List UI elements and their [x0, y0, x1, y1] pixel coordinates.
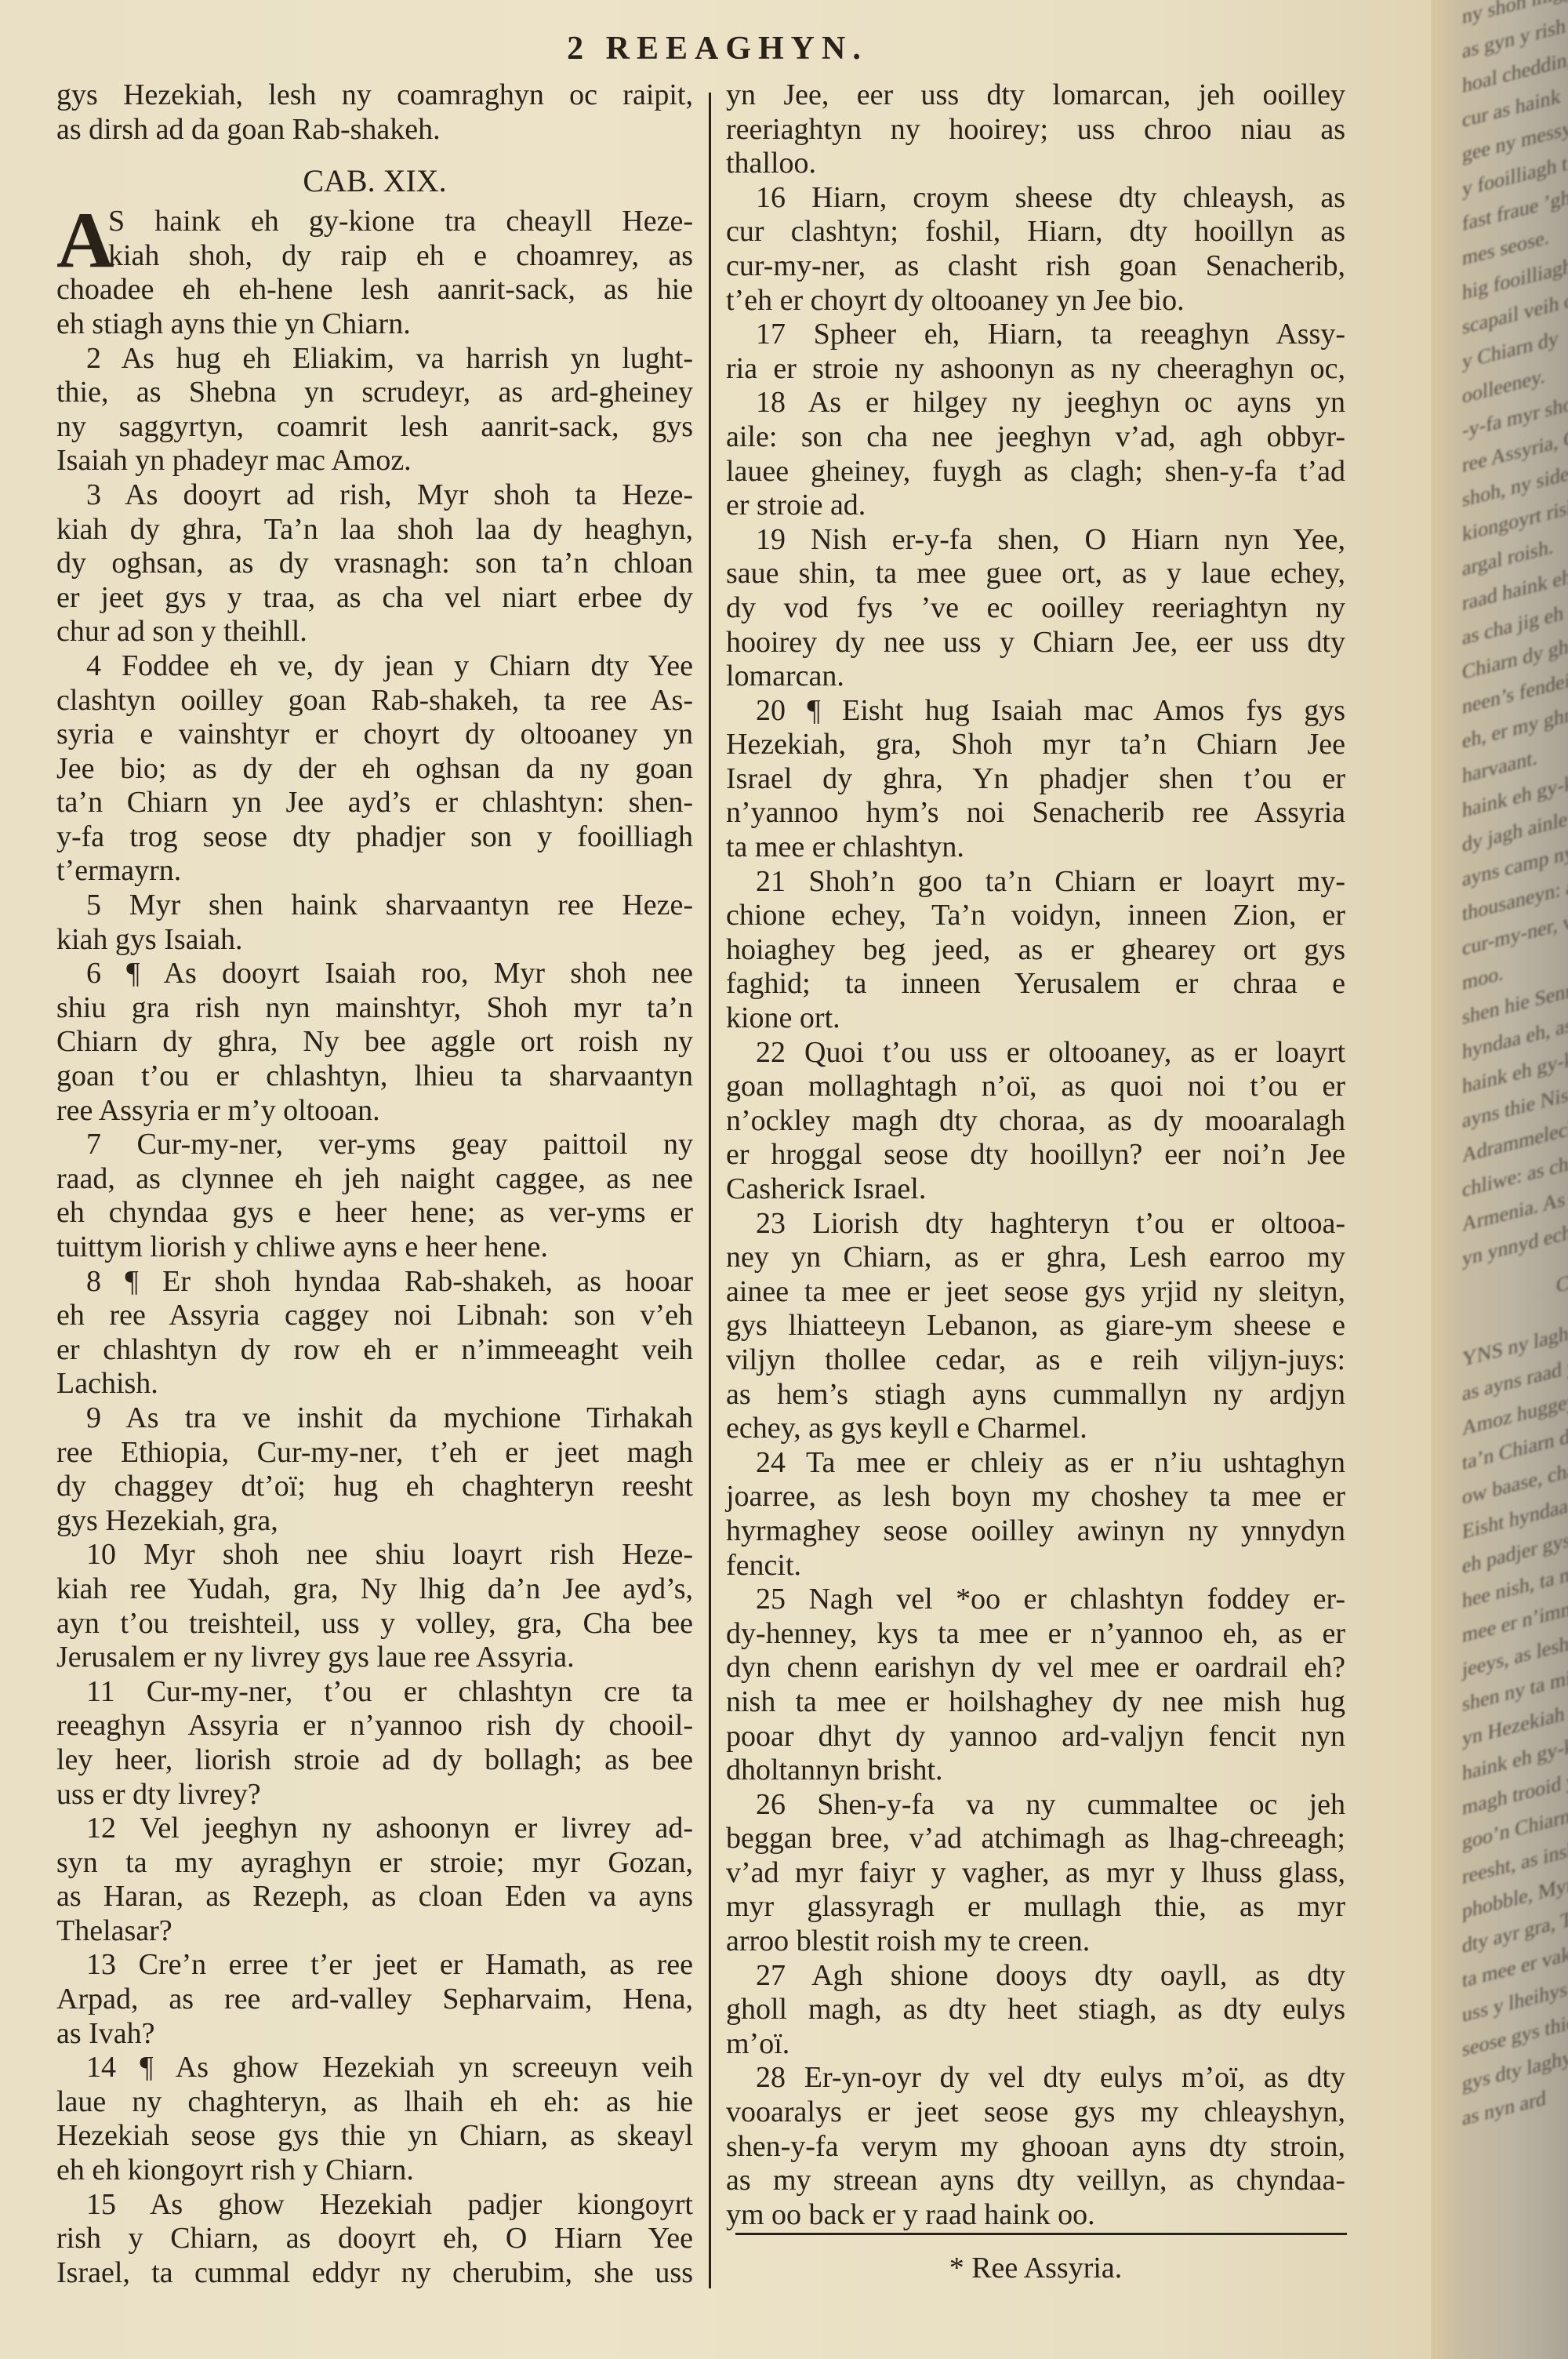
text-line: reeaghyn Assyria er n’yannoo rish dy cho… [56, 1709, 693, 1743]
text-line: 10 Myr shoh nee shiu loayrt rish Heze- [56, 1538, 693, 1572]
text-line: eh ree Assyria caggey noi Libnah: son v’… [56, 1299, 693, 1333]
text-line: dy vod fys ’ve ec ooilley reeriaghtyn ny [726, 591, 1345, 626]
drop-cap: A [56, 206, 114, 275]
text-line: cur-my-ner, as clasht rish goan Senacher… [726, 249, 1345, 284]
text-line: myr glassyragh er mullagh thie, as myr [726, 1890, 1345, 1925]
text-line: rish y Chiarn, as dooyrt eh, O Hiarn Yee [56, 2222, 693, 2256]
text-line: nish ta mee er hoilshaghey dy nee mish h… [726, 1685, 1345, 1720]
text-line: thalloo. [726, 147, 1345, 181]
text-line: S haink eh gy-kione tra cheayll Heze- [56, 205, 693, 239]
text-line: hyrmaghey seose ooilley awinyn ny ynnydy… [726, 1514, 1345, 1549]
text-line: n’ockley magh dty choraa, as dy mooarala… [726, 1104, 1345, 1139]
text-line: v’ad myr faiyr y vagher, as myr y lhuss … [726, 1856, 1345, 1891]
text-line: echey, as gys keyll e Charmel. [726, 1412, 1345, 1446]
text-line: shiu gra rish nyn mainshtyr, Shoh myr ta… [56, 991, 693, 1026]
running-head: 2 REEAGHYN. [0, 30, 1435, 67]
text-line: clashtyn ooilley goan Rab-shakeh, ta ree… [56, 684, 693, 718]
left-column: gys Hezekiah, lesh ny coamraghyn oc raip… [56, 78, 693, 2290]
text-line: dy chaggey dt’oï; hug eh chaghteryn rees… [56, 1470, 693, 1504]
facing-page-text: ny shoh lhiggal myas gyn y rishhoal ched… [1462, 0, 1568, 2136]
text-line: 15 As ghow Hezekiah padjer kiongoyrt [56, 2188, 693, 2223]
text-line: beggan bree, v’ad atchimagh as lhag-chre… [726, 1822, 1345, 1856]
text-line: 22 Quoi t’ou uss er oltooaney, as er loa… [726, 1036, 1345, 1070]
facing-page-edge: ny shoh lhiggal myas gyn y rishhoal ched… [1431, 0, 1568, 2359]
text-line: ree Assyria er m’y oltooan. [56, 1094, 693, 1129]
column-rule [709, 93, 711, 2288]
text-line: kiah ree Yudah, gra, Ny lhig da’n Jee ay… [56, 1572, 693, 1607]
text-line: Chiarn dy ghra, Ny bee aggle ort roish n… [56, 1025, 693, 1060]
text-line: Jerusalem er ny livrey gys laue ree Assy… [56, 1641, 693, 1675]
right-column: yn Jee, eer uss dty lomarcan, jeh ooille… [726, 78, 1345, 2232]
chapter-body: AS haink eh gy-kione tra cheayll Heze-ki… [56, 205, 693, 2290]
text-line: as hem’s stiagh ayns cummallyn ny ardjyn [726, 1378, 1345, 1412]
text-line: syn ta my ayraghyn er stroie; myr Gozan, [56, 1846, 693, 1881]
text-line: kiah gys Isaiah. [56, 923, 693, 958]
text-line: Isaiah yn phadeyr mac Amoz. [56, 444, 693, 478]
text-line: ainee ta mee er jeet seose gys yrjid ny … [726, 1275, 1345, 1310]
text-line: ym oo back er y raad haink oo. [726, 2198, 1345, 2233]
text-line: viljyn thollee cedar, as e reih viljyn-j… [726, 1343, 1345, 1378]
text-line: 19 Nish er-y-fa shen, O Hiarn nyn Yee, [726, 523, 1345, 558]
text-line: y-fa trog seose dty phadjer son y fooill… [56, 820, 693, 855]
text-line: 21 Shoh’n goo ta’n Chiarn er loayrt my- [726, 865, 1345, 900]
text-line: Thelasar? [56, 1914, 693, 1949]
text-line: eh chyndaa gys e heer hene; as ver-yms e… [56, 1196, 693, 1230]
text-line: 12 Vel jeeghyn ny ashoonyn er livrey ad- [56, 1812, 693, 1846]
text-line: Israel, ta cummal eddyr ny cherubim, she… [56, 2256, 693, 2291]
text-line: kione ort. [726, 1001, 1345, 1036]
text-line: goan t’ou er chlashtyn, lhieu ta sharvaa… [56, 1060, 693, 1094]
text-line: as my streean ayns dty veillyn, as chynd… [726, 2164, 1345, 2198]
text-line: ta’n Chiarn yn Jee ayd’s er chlashtyn: s… [56, 786, 693, 820]
text-line: reeriaghtyn ny hooirey; uss chroo niau a… [726, 113, 1345, 147]
text-line: hoiaghey beg jeed, as er ghearey ort gys [726, 933, 1345, 968]
text-line: 26 Shen-y-fa va ny cummaltee oc jeh [726, 1788, 1345, 1823]
text-line: 20 ¶ Eisht hug Isaiah mac Amos fys gys [726, 694, 1345, 729]
text-line: arroo blestit roish my te creen. [726, 1925, 1345, 1959]
text-line: lomarcan. [726, 660, 1345, 694]
text-line: dyn chenn earishyn dy vel mee er oardrai… [726, 1651, 1345, 1685]
text-line: er hroggal seose dty hooillyn? eer noi’n… [726, 1138, 1345, 1172]
text-line: faghid; ta inneen Yerusalem er chraa e [726, 967, 1345, 1001]
text-line: 16 Hiarn, croym sheese dty chleaysh, as [726, 181, 1345, 216]
text-line: fencit. [726, 1549, 1345, 1583]
footnote-rule [735, 2233, 1347, 2235]
text-line: chione echey, Ta’n voidyn, inneen Zion, … [726, 899, 1345, 933]
text-line: as Ivah? [56, 2017, 693, 2052]
text-line: 6 ¶ As dooyrt Isaiah roo, Myr shoh nee [56, 957, 693, 991]
text-line: 24 Ta mee er chleiy as er n’iu ushtaghyn [726, 1446, 1345, 1481]
text-line: dholtannyn brisht. [726, 1754, 1345, 1788]
text-line: joarree, as lesh boyn my choshey ta mee … [726, 1480, 1345, 1514]
text-line: dy oghsan, as dy vrasnagh: son ta’n chlo… [56, 547, 693, 581]
text-line: choadee eh eh-hene lesh aanrit-sack, as … [56, 273, 693, 307]
text-line: uss er dty livrey? [56, 1778, 693, 1812]
text-line: er jeet gys y traa, as cha vel niart erb… [56, 581, 693, 616]
text-line: 25 Nagh vel *oo er chlashtyn foddey er- [726, 1583, 1345, 1617]
text-line: ney yn Chiarn, as er ghra, Lesh earroo m… [726, 1241, 1345, 1275]
text-line: ayn t’ou treishteil, uss y volley, gra, … [56, 1607, 693, 1641]
text-line: dy-henney, kys ta mee er n’yannoo eh, as… [726, 1617, 1345, 1652]
text-line: chur ad son y theihll. [56, 615, 693, 649]
text-line: ria er stroie ny ashoonyn as ny cheeragh… [726, 352, 1345, 387]
text-line: shen-y-fa verym my ghooan ayns dty stroi… [726, 2130, 1345, 2165]
text-line: gys lhiatteeyn Lebanon, as giare-ym shee… [726, 1309, 1345, 1343]
text-line: kiah shoh, dy raip eh e choamrey, as [56, 239, 693, 274]
text-line: as dirsh ad da goan Rab-shakeh. [56, 113, 693, 147]
text-line: 13 Cre’n erree t’er jeet er Hamath, as r… [56, 1948, 693, 1983]
text-line: ny saggyrtyn, coamrit lesh aanrit-sack, … [56, 410, 693, 445]
text-line: saue shin, ta mee guee ort, as y laue ec… [726, 557, 1345, 591]
book-page: 2 REEAGHYN. gys Hezekiah, lesh ny coamra… [0, 0, 1435, 2359]
text-line: kiah dy ghra, Ta’n laa shoh laa dy heagh… [56, 513, 693, 547]
text-line: syria e vainshtyr er choyrt dy oltooaney… [56, 718, 693, 752]
text-line: m’oï. [726, 2027, 1345, 2062]
text-line: hooirey dy nee uss y Chiarn Jee, eer uss… [726, 626, 1345, 660]
text-line: goan mollaghtagh n’oï, as quoi noi t’ou … [726, 1070, 1345, 1104]
text-line: 2 As hug eh Eliakim, va harrish yn lught… [56, 342, 693, 376]
text-line: n’yannoo hym’s noi Senacherib ree Assyri… [726, 796, 1345, 831]
text-line: Arpad, as ree ard-valley Sepharvaim, Hen… [56, 1983, 693, 2017]
text-line: laue ny chaghteryn, as lhaih eh eh: as h… [56, 2085, 693, 2120]
text-line: er stroie ad. [726, 489, 1345, 523]
text-line: t’eh er choyrt dy oltooaney yn Jee bio. [726, 284, 1345, 318]
text-line: 7 Cur-my-ner, ver-yms geay paittoil ny [56, 1128, 693, 1162]
text-line: t’ermayrn. [56, 854, 693, 889]
text-line: Casherick Israel. [726, 1172, 1345, 1207]
text-line: eh eh kiongoyrt rish y Chiarn. [56, 2154, 693, 2188]
text-line: thie, as Shebna yn scrudeyr, as ard-ghei… [56, 376, 693, 410]
text-line: as Haran, as Rezeph, as cloan Eden va ay… [56, 1880, 693, 1914]
text-line: lauee gheiney, fuygh as clagh; shen-y-fa… [726, 455, 1345, 489]
text-line: pooar dhyt dy yannoo ard-valjyn fencit n… [726, 1720, 1345, 1754]
text-line: 18 As er hilgey ny jeeghyn oc ayns yn [726, 386, 1345, 420]
text-line: aile: son cha nee jeeghyn v’ad, agh obby… [726, 420, 1345, 455]
text-line: 17 Spheer eh, Hiarn, ta reeaghyn Assy- [726, 318, 1345, 352]
text-line: gys Hezekiah, lesh ny coamraghyn oc raip… [56, 78, 693, 113]
footnote: * Ree Assyria. [726, 2251, 1345, 2285]
text-line: Jee bio; as dy der eh oghsan da ny goan [56, 752, 693, 787]
text-line: Hezekiah seose gys thie yn Chiarn, as sk… [56, 2119, 693, 2154]
text-line: 8 ¶ Er shoh hyndaa Rab-shakeh, as hooar [56, 1265, 693, 1299]
text-line: ley heer, liorish stroie ad dy bollagh; … [56, 1743, 693, 1778]
text-line: 9 As tra ve inshit da mychione Tirhakah [56, 1401, 693, 1436]
text-line: gholl magh, as dty heet stiagh, as dty e… [726, 1993, 1345, 2027]
text-line: 3 As dooyrt ad rish, Myr shoh ta Heze- [56, 478, 693, 513]
chapter-heading: CAB. XIX. [56, 161, 693, 202]
text-line: vooaralys er jeet seose gys my chleayshy… [726, 2095, 1345, 2130]
text-line: Israel dy ghra, Yn phadjer shen t’ou er [726, 762, 1345, 797]
text-line: 14 ¶ As ghow Hezekiah yn screeuyn veih [56, 2051, 693, 2085]
text-line: 11 Cur-my-ner, t’ou er chlashtyn cre ta [56, 1675, 693, 1710]
text-line: ta mee er chlashtyn. [726, 831, 1345, 865]
text-line: eh stiagh ayns thie yn Chiarn. [56, 307, 693, 342]
text-line: 28 Er-yn-oyr dy vel dty eulys m’oï, as d… [726, 2061, 1345, 2095]
text-line: 4 Foddee eh ve, dy jean y Chiarn dty Yee [56, 649, 693, 684]
text-line: 23 Liorish dty haghteryn t’ou er oltooa- [726, 1207, 1345, 1241]
text-line: cur clashtyn; foshil, Hiarn, dty hooilly… [726, 215, 1345, 249]
text-line: Hezekiah, gra, Shoh myr ta’n Chiarn Jee [726, 728, 1345, 762]
text-line: tuittym liorish y chliwe ayns e heer hen… [56, 1230, 693, 1265]
text-line: Lachish. [56, 1367, 693, 1401]
text-line: gys Hezekiah, gra, [56, 1504, 693, 1539]
text-line: er chlashtyn dy row eh er n’immeeaght ve… [56, 1333, 693, 1368]
text-line: 27 Agh shione dooys dty oayll, as dty [726, 1959, 1345, 1994]
text-line: raad, as clynnee eh jeh naight caggee, a… [56, 1162, 693, 1197]
text-line: yn Jee, eer uss dty lomarcan, jeh ooille… [726, 78, 1345, 113]
text-line: 5 Myr shen haink sharvaantyn ree Heze- [56, 889, 693, 923]
text-line: ree Ethiopia, Cur-my-ner, t’eh er jeet m… [56, 1436, 693, 1470]
